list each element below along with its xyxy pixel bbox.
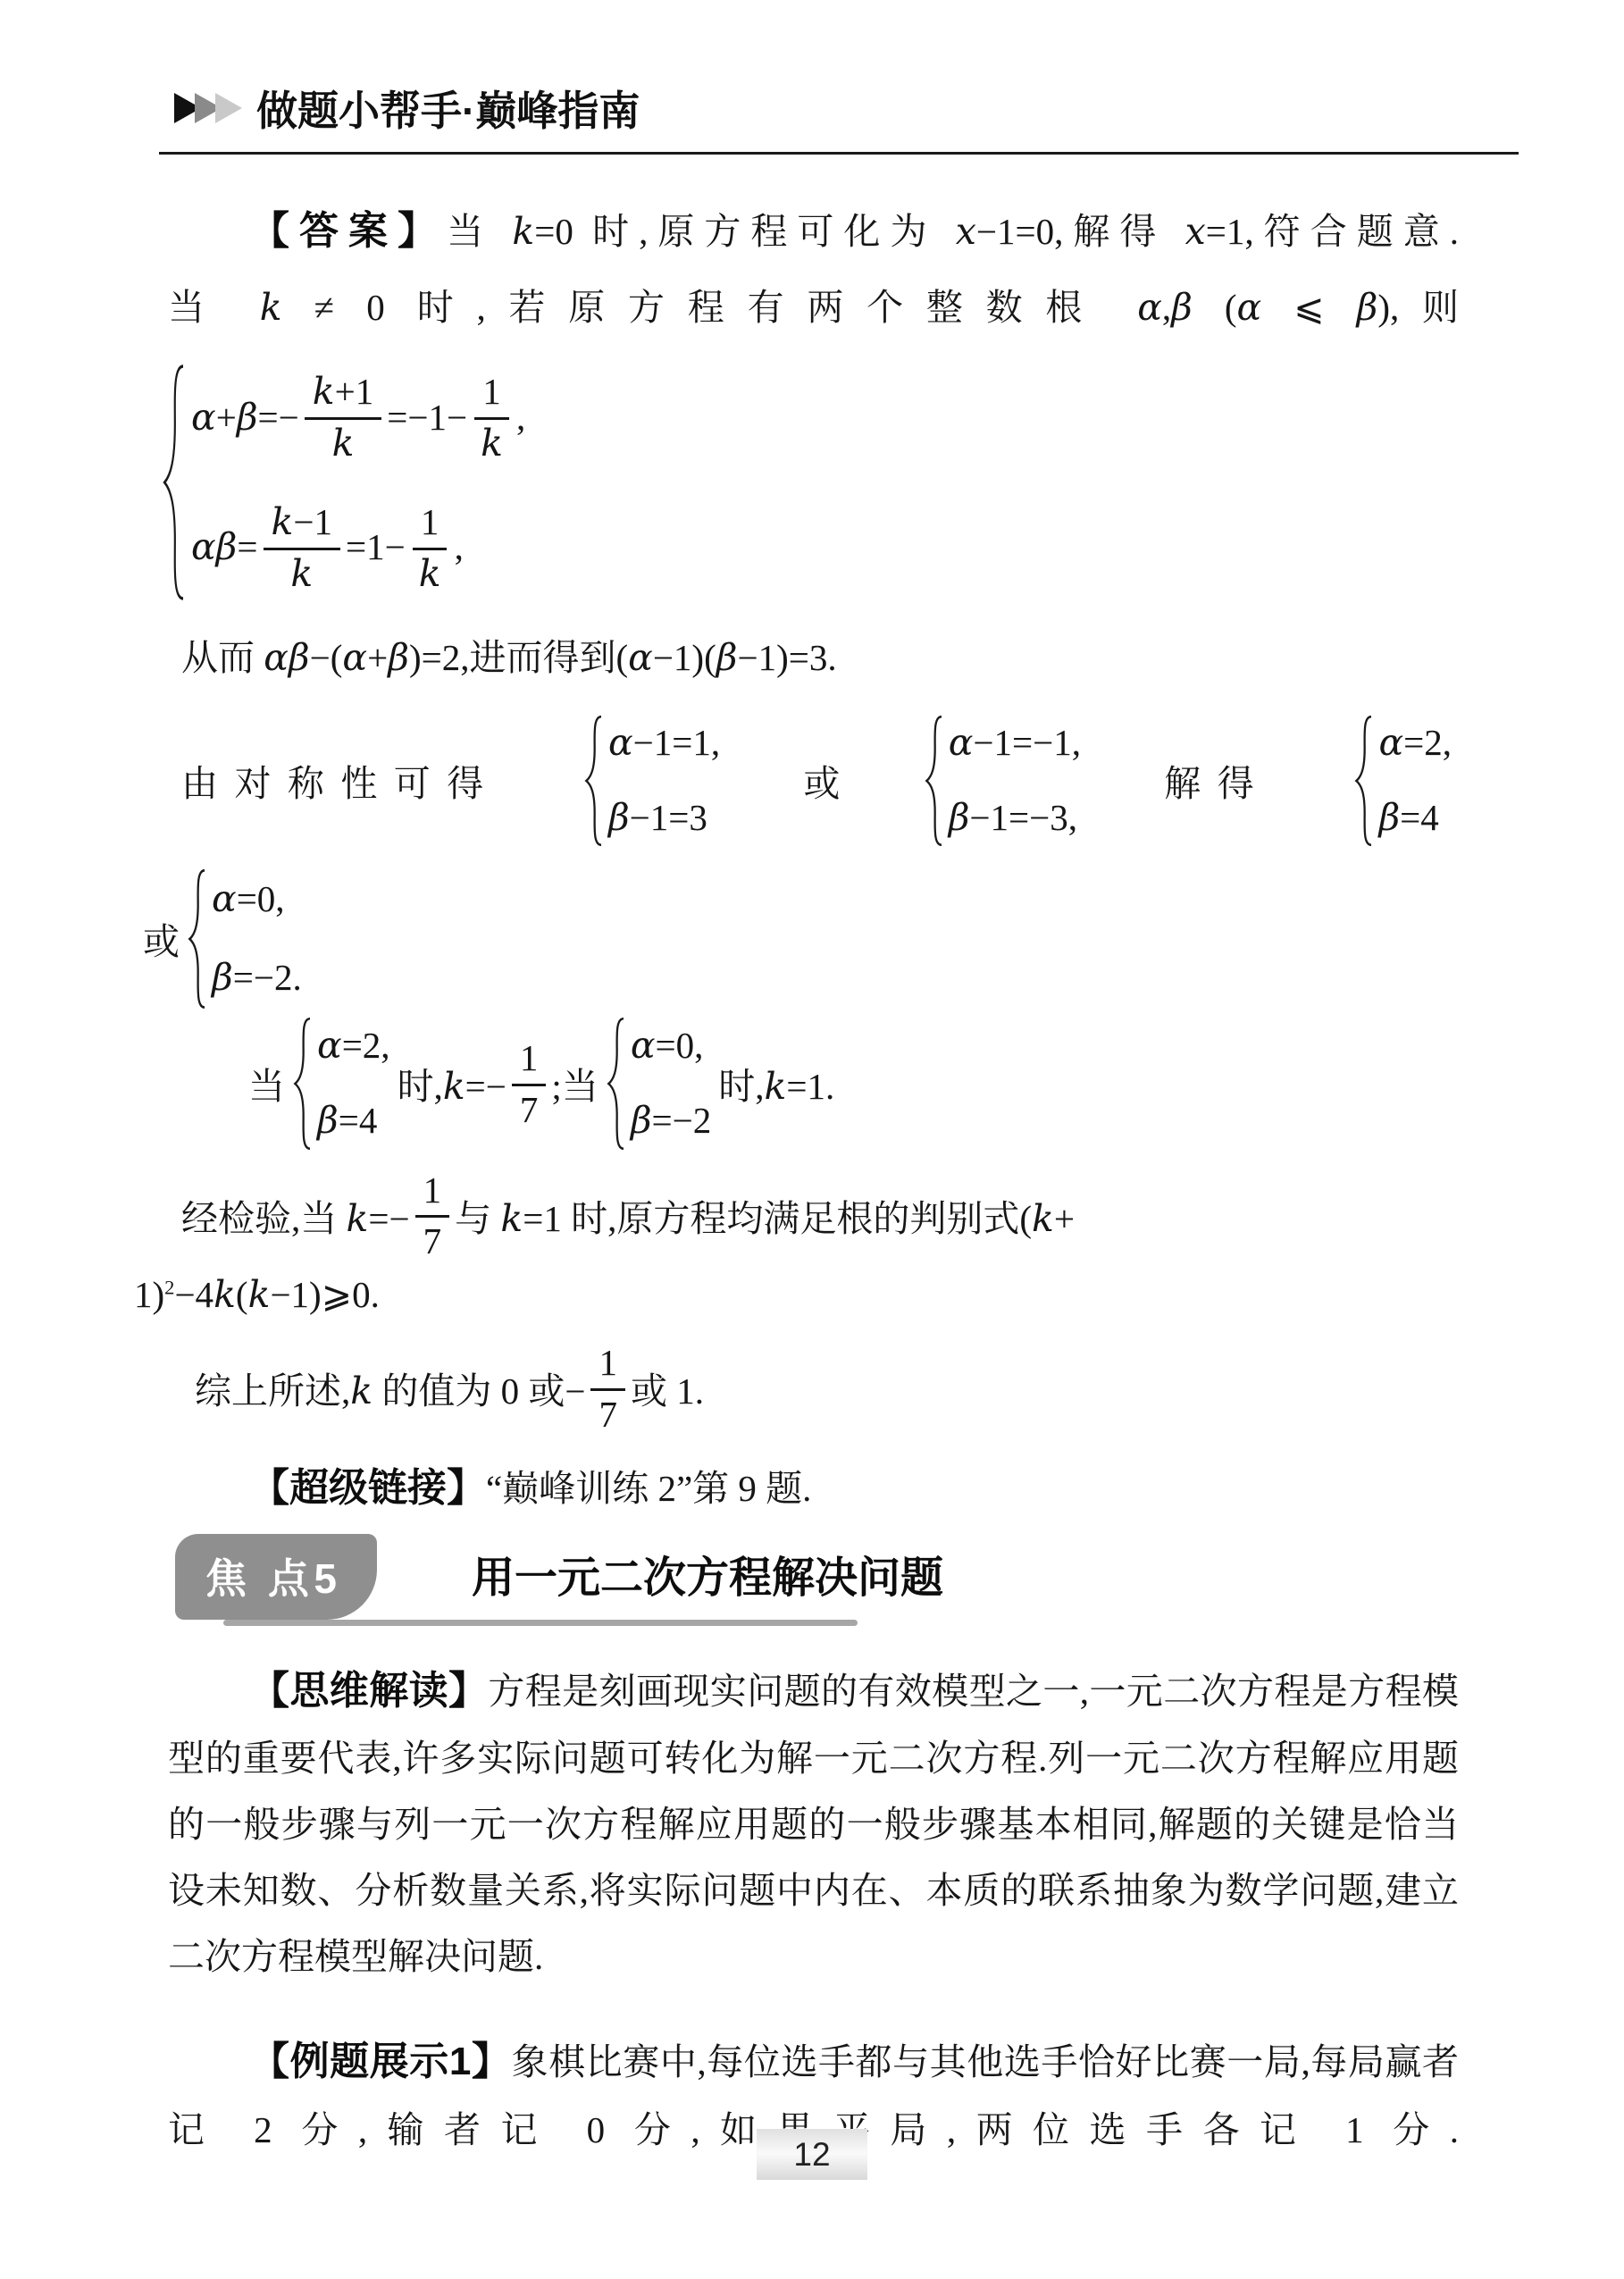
text-segment: k (1032, 1197, 1054, 1240)
text-segment: 综上所述, (195, 1370, 350, 1412)
text-segment: −1)⩾0. (270, 1274, 379, 1315)
left-brace-icon (292, 1017, 314, 1151)
text-segment: , (1162, 287, 1171, 328)
text-segment: ;当 (551, 1066, 598, 1107)
system-b-row1: α−1=−1, (949, 722, 1081, 764)
text-segment: β (1357, 286, 1378, 329)
text-segment: =0, (237, 878, 285, 920)
numerator: 1 (413, 500, 448, 550)
system-a-col: α−1=1,β−1=3 (608, 722, 720, 838)
symmetry-line: 由对称性可得 α−1=1,β−1=3 或 α−1=−1,β−1=−3, 解得 α… (168, 715, 1459, 847)
left-brace-icon (161, 363, 188, 602)
text-segment: ),则 (1377, 287, 1459, 328)
text-segment: β (716, 636, 738, 679)
system-f: α=0,β=−2 (606, 1017, 711, 1151)
left-brace-icon (924, 715, 945, 847)
text-segment: =−1− (387, 397, 467, 438)
text-segment: ⩽ (1261, 287, 1356, 328)
text-segment: αβ (264, 636, 309, 679)
text-segment: ( (1193, 287, 1237, 328)
eq2-tail: , (455, 526, 464, 568)
text-segment: 1 (423, 1169, 442, 1211)
text-segment: 1 (482, 371, 501, 412)
text-segment: )=2,进而得到( (409, 637, 628, 678)
thinking-text: 方程是刻画现实问题的有效模型之一,一元二次方程是方程模型的重要代表,许多实际问题… (168, 1671, 1459, 1977)
text-segment: , (516, 397, 525, 438)
text-segment: α (628, 636, 653, 679)
text-segment: −( (310, 637, 343, 678)
text-segment: 从而 (181, 637, 264, 678)
equation-row-2: αβ= k−1k =1− 1k , (191, 500, 464, 595)
text-segment: +1 (335, 371, 374, 412)
fraction: 1k (473, 370, 511, 465)
text-segment: β (608, 797, 630, 839)
focus-badge: 焦 点5 (175, 1534, 377, 1620)
text-segment: 的值为 0 或− (373, 1370, 585, 1412)
text-segment: 当 (168, 287, 260, 328)
text-segment: 2 (164, 1277, 174, 1299)
numerator: k+1 (305, 370, 381, 420)
text-segment: 1 (599, 1342, 617, 1383)
text-segment: =− (258, 397, 299, 438)
banner-rule (223, 1620, 858, 1626)
answer-line-2-text: 当 k ≠ 0 时,若原方程有两个整数根 α,β (α ⩽ β),则 (168, 287, 1459, 328)
answer-line-2: 当 k ≠ 0 时,若原方程有两个整数根 α,β (α ⩽ β),则 (168, 275, 1459, 341)
system-b: α−1=−1,β−1=−3, (924, 715, 1081, 847)
denominator: 7 (512, 1086, 547, 1131)
equation-system: α+β=− k+1k =−1− 1k , αβ= k−1k =1− 1k , (161, 363, 1459, 602)
equation-column: α+β=− k+1k =−1− 1k , αβ= k−1k =1− 1k , (191, 370, 525, 595)
case-line: 当 α=2,β=4 时,k=− 17 ;当 α=0,β=−2 时,k=1. (168, 1017, 1459, 1151)
system-c: α=2,β=4 (1353, 715, 1452, 847)
text-segment: k (213, 1273, 236, 1316)
super-link-line: 【超级链接】“巅峰训练 2”第 9 题. (168, 1457, 1459, 1520)
text-segment: α (1378, 722, 1403, 764)
system-d-row2: β=−2. (212, 957, 302, 999)
text-segment: k (443, 1065, 465, 1108)
discriminant-line: 1)2−4k(k−1)⩾0. (134, 1268, 1459, 1323)
text-segment: β (212, 957, 233, 999)
or-text: 或 (143, 912, 180, 965)
numerator: 1 (474, 370, 509, 420)
denominator: k (282, 550, 321, 595)
text-segment: ≠ 0 时,若原方程有两个整数根 (282, 287, 1138, 328)
answer-line-1-text: 当 k=0 时,原方程可化为 x−1=0,解得 x=1,符合题意. (447, 211, 1459, 252)
thinking-label: 【思维解读】 (250, 1669, 488, 1713)
text-segment: =−2. (233, 957, 302, 999)
system-d-col: α=0,β=−2. (212, 878, 302, 998)
when-text: 当 (248, 1057, 285, 1110)
text-segment: −1)=3. (737, 637, 836, 678)
text-segment: k (765, 1065, 787, 1108)
text-segment: −1)( (653, 637, 716, 678)
text-segment: 7 (423, 1220, 442, 1261)
text-segment: =2, (1403, 722, 1452, 764)
text-segment: 解得 (1164, 763, 1270, 804)
header-rule (159, 152, 1519, 155)
text-segment: 与 (455, 1198, 500, 1239)
text-segment: 1 (421, 501, 439, 542)
super-link-label: 【超级链接】 (250, 1466, 486, 1510)
text-segment: , (455, 526, 464, 567)
text-segment: α (1137, 286, 1162, 329)
text-segment: α (1237, 286, 1262, 329)
text-segment: =0, (656, 1025, 704, 1067)
triple-arrow-icon (174, 93, 242, 123)
text-segment: k (260, 286, 282, 329)
example-label: 【例题展示1】 (250, 2040, 512, 2083)
case-end: 时,k=1. (718, 1057, 834, 1110)
fraction: 17 (415, 1169, 450, 1263)
left-brace-icon (606, 1017, 627, 1151)
system-e-row2: β=4 (317, 1100, 377, 1142)
thinking-paragraph: 【思维解读】方程是刻画现实问题的有效模型之一,一元二次方程是方程模型的重要代表,… (168, 1655, 1459, 1990)
system-d-row1: α=0, (212, 878, 285, 920)
system-f-row1: α=0, (631, 1025, 704, 1067)
system-f-col: α=0,β=−2 (631, 1025, 711, 1141)
text-segment: β (317, 1100, 339, 1142)
numerator: 1 (415, 1169, 450, 1219)
denominator: 7 (590, 1391, 625, 1436)
text-segment: k (419, 552, 441, 595)
case-mid-1: 时,k=− (398, 1057, 506, 1110)
page-header: 做题小帮手·巅峰指南 (0, 0, 1624, 152)
eq1-mid: =−1− (387, 397, 467, 439)
text-segment: =− (368, 1198, 409, 1239)
page-number: 12 (757, 2129, 867, 2180)
text-segment: −1=−1, (973, 722, 1081, 764)
fraction: 17 (590, 1341, 625, 1436)
text-segment: 时, (398, 1066, 443, 1107)
text-segment: −4 (174, 1274, 213, 1315)
text-segment: 时, (718, 1066, 764, 1107)
text-segment: α (342, 636, 367, 679)
conclusion-lead: 综上所述,k 的值为 0 或− (195, 1362, 585, 1414)
page-content: 【答案】当 k=0 时,原方程可化为 x−1=0,解得 x=1,符合题意. 当 … (0, 196, 1624, 2163)
text-segment: k (347, 1197, 369, 1240)
fraction: 17 (512, 1036, 547, 1131)
fraction: k+1k (305, 370, 381, 465)
text-segment: k (313, 370, 335, 413)
eq1-tail: , (516, 397, 525, 439)
text-segment: + (367, 637, 388, 678)
solve-text: 解得 (1164, 754, 1270, 807)
denominator: 7 (415, 1218, 450, 1262)
text-segment: 由对称性可得 (181, 763, 500, 804)
eq2-lhs: αβ= (191, 526, 258, 568)
answer-label: 【答案】 (250, 209, 447, 253)
text-segment: 或 (143, 921, 180, 962)
text-segment: k (481, 422, 503, 465)
check-lead: 经检验,当 k=− (181, 1189, 410, 1242)
text-segment: α (631, 1025, 656, 1067)
system-e-row1: α=2, (317, 1025, 390, 1067)
text-segment: 当 (447, 211, 512, 252)
system-c-col: α=2,β=4 (1378, 722, 1452, 838)
numerator: k−1 (264, 500, 340, 550)
text-segment: 当 (248, 1066, 285, 1107)
system-b-col: α−1=−1,β−1=−3, (949, 722, 1081, 838)
text-segment: = (237, 526, 257, 567)
answer-line-1: 【答案】当 k=0 时,原方程可化为 x−1=0,解得 x=1,符合题意. (168, 196, 1459, 266)
denominator: k (324, 420, 363, 465)
check-tail: 与 k=1 时,原方程均满足根的判别式(k+ (455, 1189, 1075, 1242)
left-brace-icon (583, 715, 605, 847)
text-segment: =1− (346, 526, 406, 567)
text-segment: −1=3 (630, 797, 707, 839)
text-segment: =2, (342, 1025, 390, 1067)
text-segment: 1 (520, 1037, 539, 1078)
text-segment: x (1185, 210, 1206, 253)
fraction: 1k (411, 500, 449, 595)
eq2-mid: =1− (346, 526, 406, 568)
text-segment: k (248, 1273, 271, 1316)
text-segment: =−2 (652, 1100, 712, 1142)
equation-row-1: α+β=− k+1k =−1− 1k , (191, 370, 525, 465)
system-e-col: α=2,β=4 (317, 1025, 390, 1141)
denominator: k (411, 550, 449, 595)
text-segment: =4 (339, 1100, 378, 1142)
or-text: 或 (803, 754, 840, 807)
system-e: α=2,β=4 (292, 1017, 390, 1151)
fraction: k−1k (264, 500, 340, 595)
text-segment: k (290, 552, 313, 595)
discriminant-text: 1)2−4k(k−1)⩾0. (134, 1274, 380, 1315)
eq1-lhs: α+β=− (191, 397, 299, 439)
system-a: α−1=1,β−1=3 (583, 715, 720, 847)
left-brace-icon (1353, 715, 1375, 847)
text-segment: 1) (134, 1274, 164, 1315)
numerator: 1 (512, 1036, 547, 1086)
text-segment: β (949, 797, 970, 839)
system-f-row2: β=−2 (631, 1100, 711, 1142)
check-line: 经检验,当 k=− 17 与 k=1 时,原方程均满足根的判别式(k+ (168, 1169, 1459, 1263)
denominator: k (473, 420, 511, 465)
text-segment: −1=1, (633, 722, 721, 764)
text-segment: −1=0,解得 (976, 211, 1185, 252)
text-segment: k (500, 1197, 523, 1240)
left-brace-icon (187, 868, 208, 1010)
system-a-row1: α−1=1, (608, 722, 720, 764)
text-segment: α (212, 878, 237, 920)
focus-title: 用一元二次方程解决问题 (472, 1543, 943, 1605)
text-segment: α (949, 722, 974, 764)
numerator: 1 (590, 1341, 625, 1391)
super-link-text: “巅峰训练 2”第 9 题. (486, 1468, 811, 1509)
text-segment: k (332, 422, 355, 465)
therefore-text: 从而 αβ−(α+β)=2,进而得到(α−1)(β−1)=3. (181, 637, 837, 678)
text-segment: + (216, 397, 237, 438)
system-d: α=0,β=−2. (187, 868, 302, 1010)
text-segment: −1 (293, 501, 332, 542)
text-segment: β (1171, 286, 1193, 329)
textbook-page: 做题小帮手·巅峰指南 【答案】当 k=0 时,原方程可化为 x−1=0,解得 x… (0, 0, 1624, 2279)
system-c-row2: β=4 (1378, 797, 1438, 839)
text-segment: 7 (520, 1089, 539, 1130)
text-segment: k (350, 1370, 373, 1412)
text-segment: 或 (803, 763, 840, 804)
text-segment: 经检验,当 (181, 1198, 347, 1239)
text-segment: =1 时,原方程均满足根的判别式( (523, 1198, 1032, 1239)
text-segment: + (1054, 1198, 1075, 1239)
system-b-row2: β−1=−3, (949, 797, 1077, 839)
text-segment: 7 (599, 1394, 617, 1435)
text-segment: =− (465, 1066, 506, 1107)
symmetry-lead: 由对称性可得 (181, 754, 500, 807)
text-segment: α (191, 396, 216, 439)
header-title: 做题小帮手·巅峰指南 (256, 79, 640, 138)
text-segment: k (272, 500, 294, 543)
text-segment: =4 (1400, 797, 1439, 839)
text-segment: β (237, 396, 258, 439)
text-segment: αβ (191, 525, 237, 568)
text-segment: =0 时,原方程可化为 (534, 211, 956, 252)
system-c-row1: α=2, (1378, 722, 1452, 764)
case-mid-2: ;当 (551, 1057, 598, 1110)
therefore-line: 从而 αβ−(α+β)=2,进而得到(α−1)(β−1)=3. (168, 629, 1459, 688)
focus-banner: 焦 点5 用一元二次方程解决问题 (168, 1534, 1459, 1634)
text-segment: x (956, 210, 976, 253)
text-segment: β (631, 1100, 652, 1142)
conclusion-tail: 或 1. (631, 1362, 704, 1414)
text-segment: α (608, 722, 633, 764)
text-segment: −1=−3, (969, 797, 1077, 839)
or-system-line: 或 α=0,β=−2. (143, 868, 1459, 1010)
text-segment: 或 1. (631, 1370, 704, 1412)
arrow-light-icon (215, 93, 242, 123)
text-segment: =1. (786, 1066, 834, 1107)
system-a-row2: β−1=3 (608, 797, 707, 839)
text-segment: k (512, 210, 534, 253)
conclusion-line: 综上所述,k 的值为 0 或− 17 或 1. (168, 1341, 1459, 1436)
text-segment: β (388, 636, 409, 679)
text-segment: ( (236, 1274, 248, 1315)
text-segment: β (1378, 797, 1400, 839)
text-segment: α (317, 1025, 342, 1067)
text-segment: =1,符合题意. (1206, 211, 1459, 252)
